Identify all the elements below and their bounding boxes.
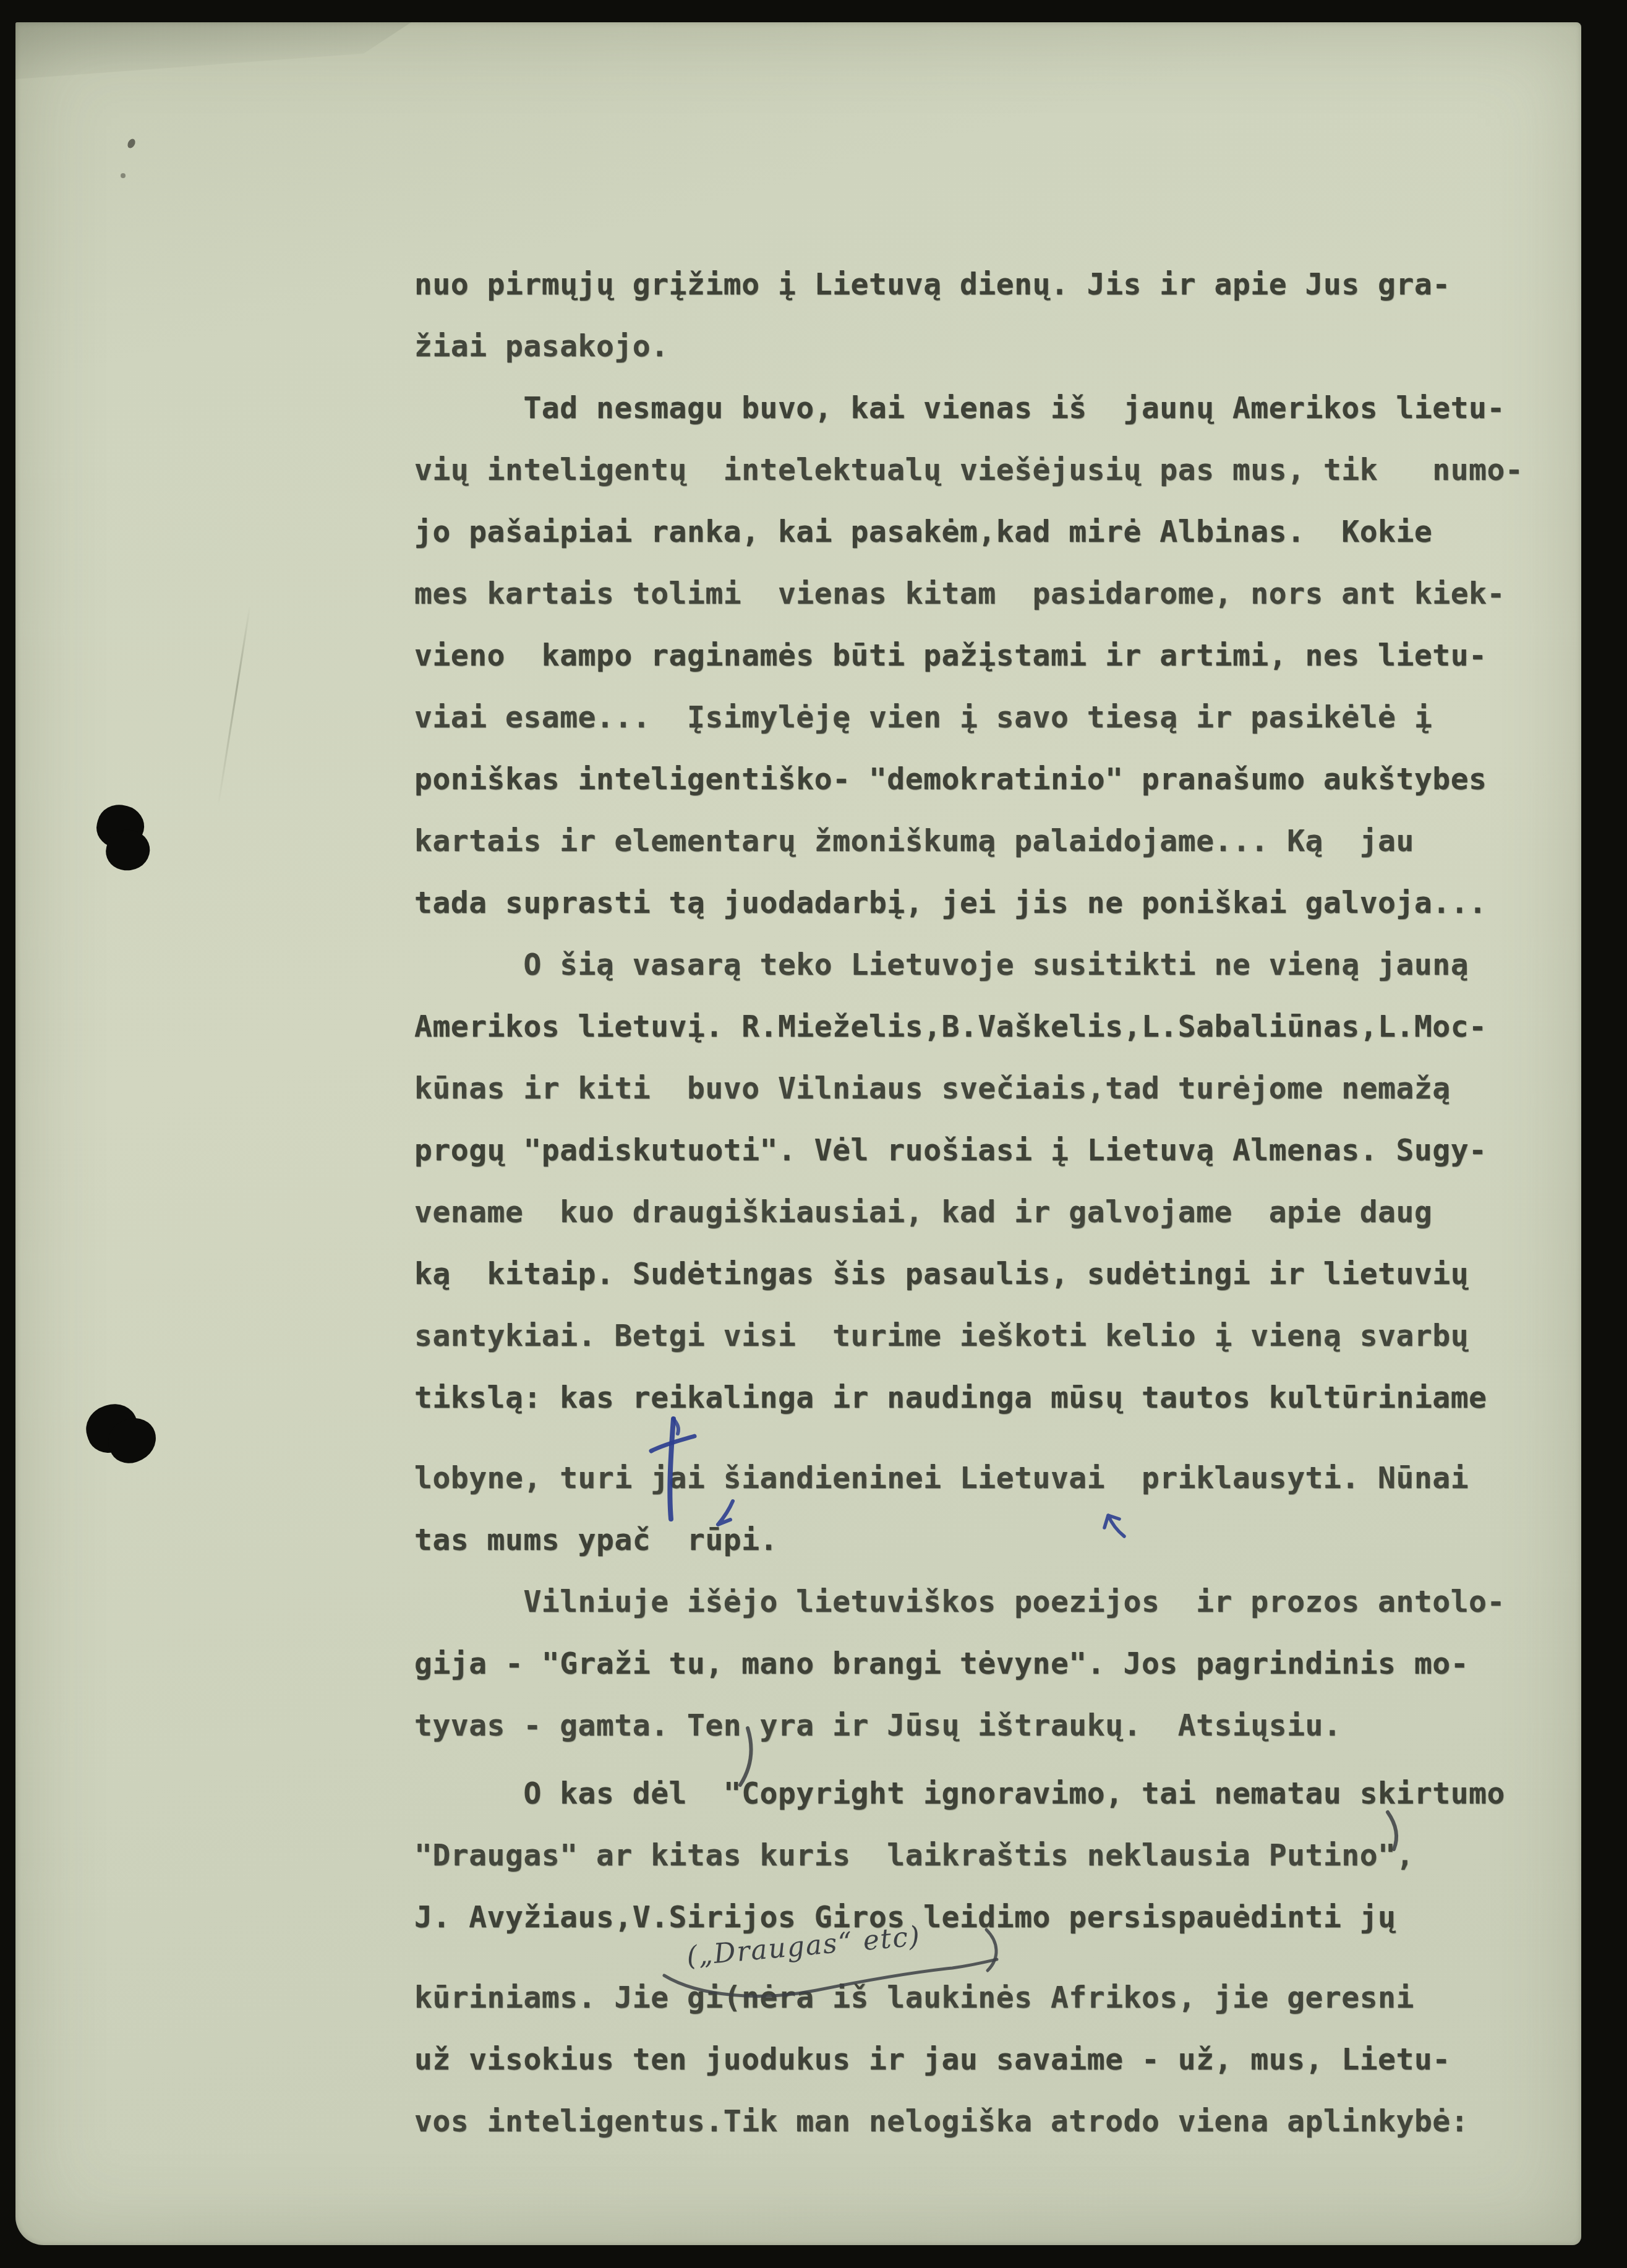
handwritten-paren-stroke — [980, 1926, 1007, 1974]
typed-line: vių inteligentų intelektualų viešėjusių … — [414, 439, 1523, 501]
typed-line: gija - "Graži tu, mano brangi tėvyne". J… — [414, 1633, 1469, 1695]
typed-line: nuo pirmųjų grįžimo į Lietuvą dienų. Jis… — [414, 254, 1451, 315]
typed-line: poniškas inteligentiško- "demokratinio" … — [414, 748, 1487, 810]
typed-line: Amerikos lietuvį. R.Mieželis,B.Vaškelis,… — [414, 996, 1487, 1058]
typed-line: O šią vasarą teko Lietuvoje susitikti ne… — [414, 934, 1469, 996]
typed-line: vieno kampo raginamės būti pažįstami ir … — [414, 625, 1487, 687]
typed-line: mes kartais tolimi vienas kitam pasidaro… — [414, 563, 1505, 625]
typed-line: žiai pasakojo. — [414, 315, 669, 377]
handwritten-underline-curve — [655, 1958, 1002, 2008]
typed-line: kartais ir elementarų žmoniškumą palaido… — [414, 810, 1414, 872]
typed-line: ką kitaip. Sudėtingas šis pasaulis, sudė… — [414, 1243, 1469, 1305]
blue-ink-insert-mark — [1101, 1512, 1129, 1541]
blue-ink-cross-mark — [645, 1415, 701, 1526]
handwritten-quote-mark — [1379, 1807, 1412, 1854]
document-page: nuo pirmųjų grįžimo į Lietuvą dienų. Jis… — [15, 22, 1581, 2245]
typed-line: už visokius ten juodukus ir jau savaime … — [414, 2029, 1451, 2090]
typed-line: tyvas - gamta. Ten yra ir Jūsų ištraukų.… — [414, 1695, 1341, 1757]
typed-line: tada suprasti tą juodadarbį, jei jis ne … — [414, 872, 1487, 934]
typed-line: progų "padiskutuoti". Vėl ruošiasi į Lie… — [414, 1119, 1487, 1181]
handwritten-quote-mark — [727, 1724, 770, 1789]
typed-line: viai esame... Įsimylėję vien į savo ties… — [414, 687, 1432, 748]
typed-line: jo pašaipiai ranka, kai pasakėm,kad mirė… — [414, 501, 1432, 563]
typed-text-block: nuo pirmųjų grįžimo į Lietuvą dienų. Jis… — [15, 22, 1581, 2245]
typed-line: vename kuo draugiškiausiai, kad ir galvo… — [414, 1181, 1432, 1243]
typed-line: vos inteligentus.Tik man nelogiška atrod… — [414, 2090, 1469, 2152]
typed-line: santykiai. Betgi visi turime ieškoti kel… — [414, 1305, 1469, 1367]
paper-speck — [121, 173, 126, 178]
typed-line: Tad nesmagu buvo, kai vienas iš jaunų Am… — [414, 377, 1505, 439]
typed-line: O kas dėl "Copyright ignoravimo, tai nem… — [414, 1763, 1505, 1825]
blue-ink-caret — [714, 1497, 741, 1530]
typed-line: kūnas ir kiti buvo Vilniaus svečiais,tad… — [414, 1058, 1451, 1119]
typed-line: lobyne, turi jai šiandieninei Lietuvai p… — [414, 1447, 1469, 1509]
typed-line: Vilniuje išėjo lietuviškos poezijos ir p… — [414, 1571, 1505, 1633]
typed-line: "Draugas" ar kitas kuris laikraštis nekl… — [414, 1825, 1414, 1886]
typed-line: tikslą: kas reikalinga ir naudinga mūsų … — [414, 1367, 1487, 1429]
scanned-page-background: nuo pirmųjų grįžimo į Lietuvą dienų. Jis… — [0, 0, 1627, 2268]
